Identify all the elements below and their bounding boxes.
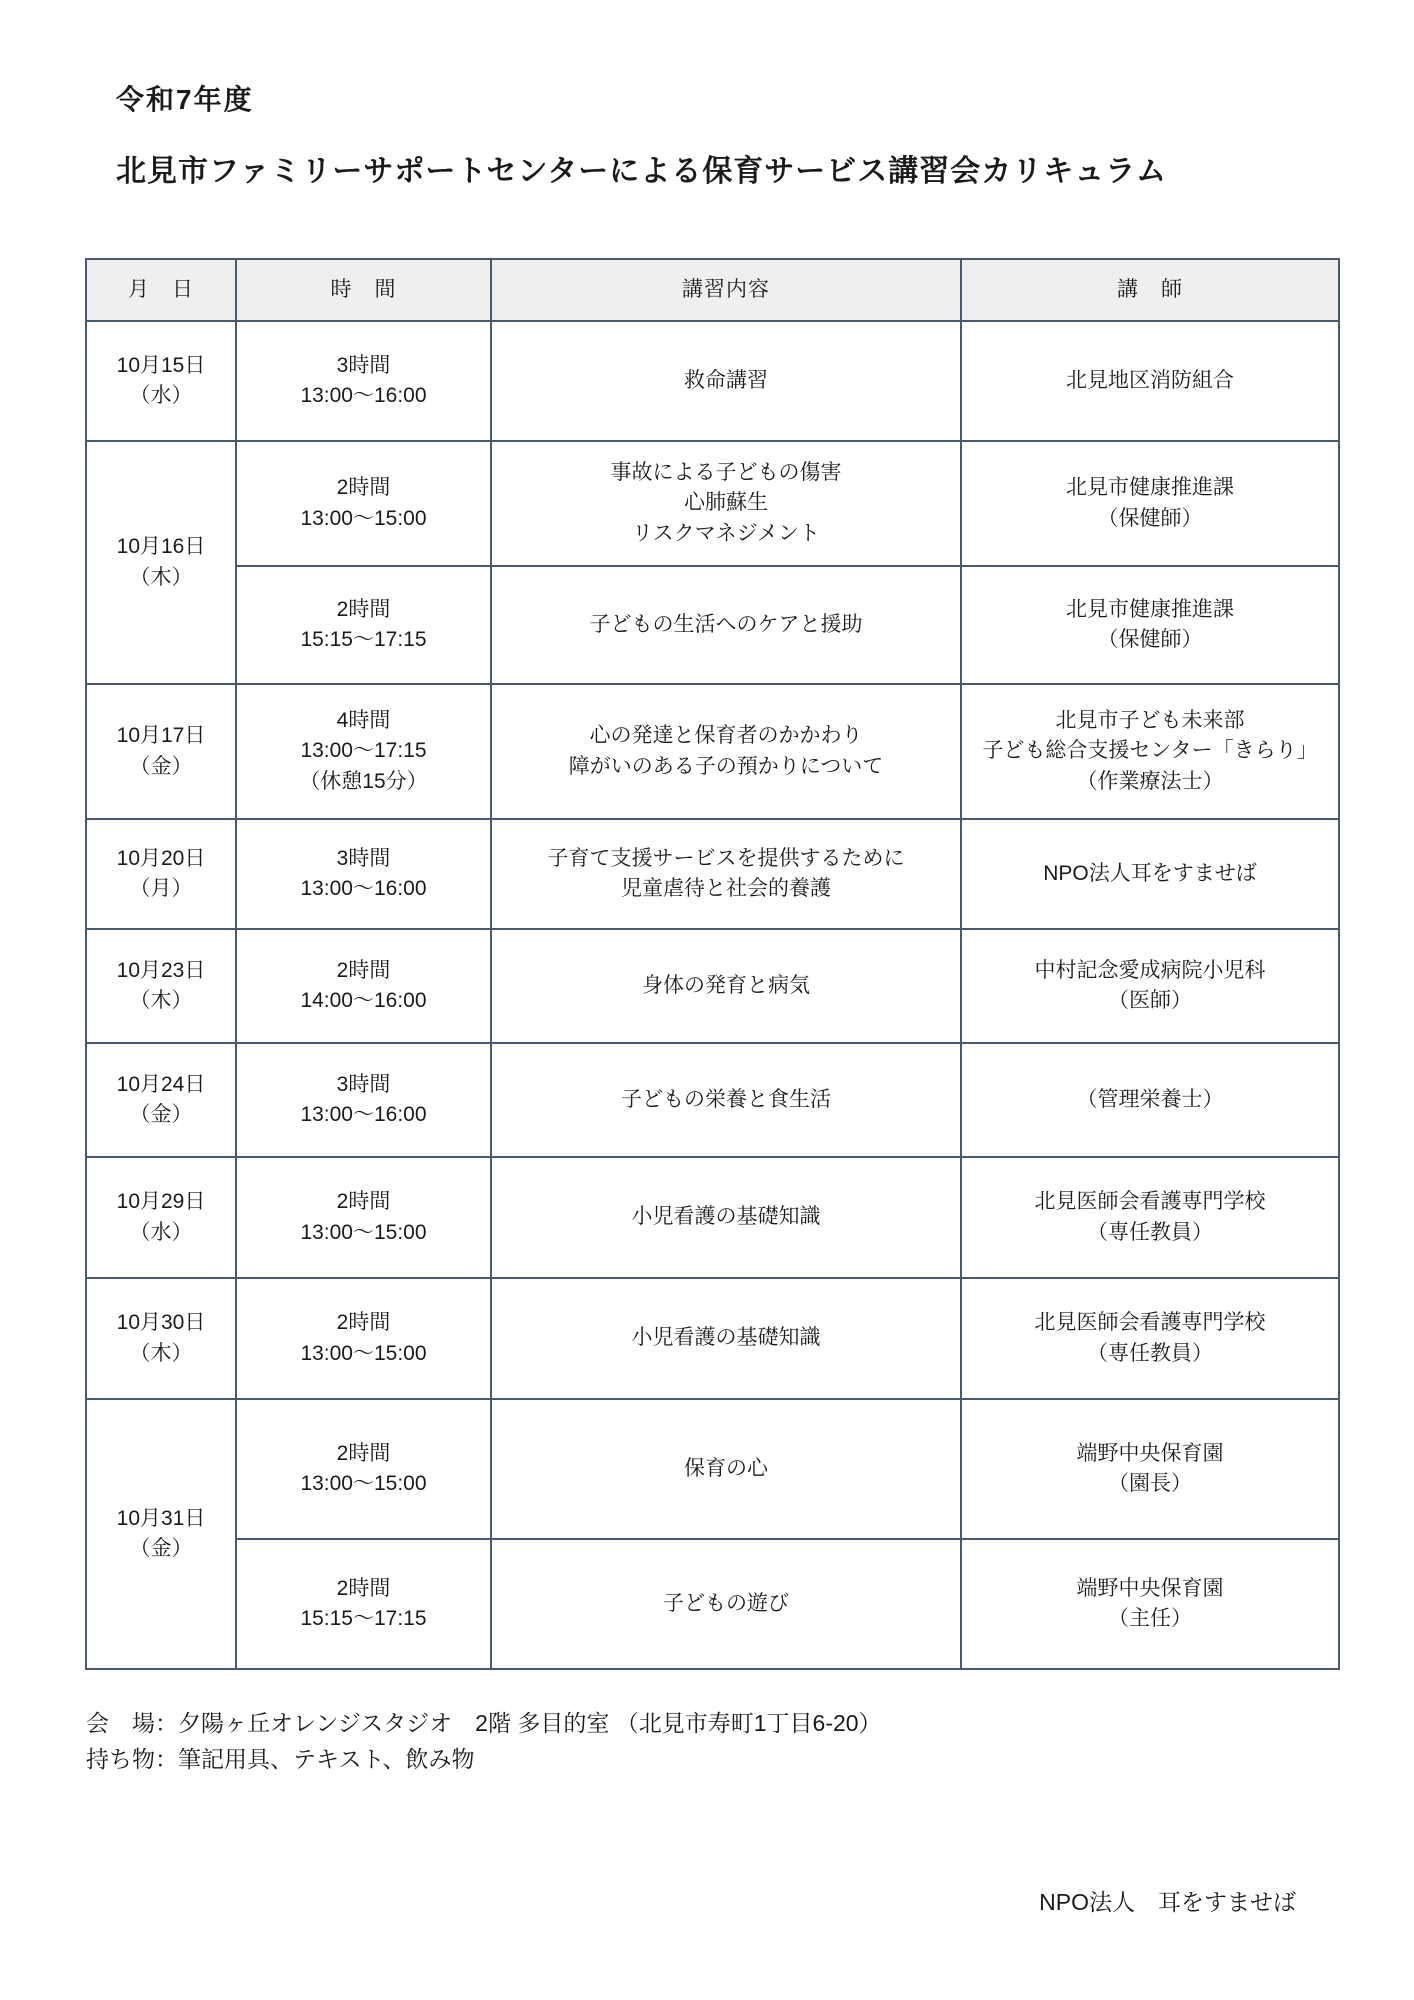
instructor-cell: 北見市子ども未来部 子ども総合支援センター「きらり」 （作業療法士）	[961, 684, 1339, 819]
instructor-cell: 北見市健康推進課 （保健師）	[961, 566, 1339, 684]
table-header-row: 月 日 時 間 講習内容 講 師	[86, 259, 1339, 321]
table-row: 10月24日 （金） 3時間 13:00～16:00 子どもの栄養と食生活 （管…	[86, 1043, 1339, 1157]
date-cell: 10月15日 （水）	[86, 321, 236, 441]
content-cell: 子どもの栄養と食生活	[491, 1043, 961, 1157]
date-cell: 10月24日 （金）	[86, 1043, 236, 1157]
fiscal-year-heading: 令和7年度	[116, 78, 254, 118]
time-cell: 2時間 13:00～15:00	[236, 1399, 491, 1539]
content-cell: 心の発達と保育者のかかわり 障がいのある子の預かりについて	[491, 684, 961, 819]
time-cell: 2時間 14:00～16:00	[236, 929, 491, 1043]
date-cell: 10月20日 （月）	[86, 819, 236, 929]
content-cell: 子育て支援サービスを提供するために 児童虐待と社会的養護	[491, 819, 961, 929]
table-row: 10月23日 （木） 2時間 14:00～16:00 身体の発育と病気 中村記念…	[86, 929, 1339, 1043]
time-cell: 2時間 15:15～17:15	[236, 1539, 491, 1669]
instructor-cell: 中村記念愛成病院小児科 （医師）	[961, 929, 1339, 1043]
organization-credit: NPO法人 耳をすませば	[1039, 1884, 1296, 1917]
date-cell: 10月16日 （木）	[86, 441, 236, 684]
date-cell: 10月31日 （金）	[86, 1399, 236, 1669]
time-cell: 2時間 13:00～15:00	[236, 441, 491, 566]
instructor-cell: 端野中央保育園 （園長）	[961, 1399, 1339, 1539]
header-time: 時 間	[236, 259, 491, 321]
date-cell: 10月17日 （金）	[86, 684, 236, 819]
instructor-cell: NPO法人耳をすませば	[961, 819, 1339, 929]
date-cell: 10月23日 （木）	[86, 929, 236, 1043]
date-cell: 10月29日 （水）	[86, 1157, 236, 1278]
content-cell: 保育の心	[491, 1399, 961, 1539]
content-cell: 子どもの生活へのケアと援助	[491, 566, 961, 684]
table-row: 10月30日 （木） 2時間 13:00～15:00 小児看護の基礎知識 北見医…	[86, 1278, 1339, 1399]
content-cell: 事故による子どもの傷害 心肺蘇生 リスクマネジメント	[491, 441, 961, 566]
table-row: 10月15日 （水） 3時間 13:00～16:00 救命講習 北見地区消防組合	[86, 321, 1339, 441]
venue-note: 会 場：夕陽ヶ丘オレンジスタジオ 2階 多目的室 （北見市寿町1丁目6-20）	[86, 1706, 882, 1742]
time-cell: 3時間 13:00～16:00	[236, 1043, 491, 1157]
table-row: 2時間 15:15～17:15 子どもの遊び 端野中央保育園 （主任）	[86, 1539, 1339, 1669]
table-row: 10月20日 （月） 3時間 13:00～16:00 子育て支援サービスを提供す…	[86, 819, 1339, 929]
time-cell: 3時間 13:00～16:00	[236, 321, 491, 441]
header-instructor: 講 師	[961, 259, 1339, 321]
belongings-note: 持ち物：筆記用具、テキスト、飲み物	[86, 1742, 882, 1778]
time-cell: 2時間 15:15～17:15	[236, 566, 491, 684]
date-cell: 10月30日 （木）	[86, 1278, 236, 1399]
content-cell: 救命講習	[491, 321, 961, 441]
header-date: 月 日	[86, 259, 236, 321]
time-cell: 2時間 13:00～15:00	[236, 1278, 491, 1399]
content-cell: 小児看護の基礎知識	[491, 1278, 961, 1399]
table-row: 2時間 15:15～17:15 子どもの生活へのケアと援助 北見市健康推進課 （…	[86, 566, 1339, 684]
instructor-cell: 北見市健康推進課 （保健師）	[961, 441, 1339, 566]
table-row: 10月17日 （金） 4時間 13:00～17:15 （休憩15分） 心の発達と…	[86, 684, 1339, 819]
time-cell: 3時間 13:00～16:00	[236, 819, 491, 929]
content-cell: 身体の発育と病気	[491, 929, 961, 1043]
time-cell: 2時間 13:00～15:00	[236, 1157, 491, 1278]
footer-notes: 会 場：夕陽ヶ丘オレンジスタジオ 2階 多目的室 （北見市寿町1丁目6-20） …	[86, 1706, 882, 1777]
time-cell: 4時間 13:00～17:15 （休憩15分）	[236, 684, 491, 819]
page-title: 北見市ファミリーサポートセンターによる保育サービス講習会カリキュラム	[116, 146, 1167, 190]
instructor-cell: （管理栄養士）	[961, 1043, 1339, 1157]
content-cell: 小児看護の基礎知識	[491, 1157, 961, 1278]
curriculum-table: 月 日 時 間 講習内容 講 師 10月15日 （水） 3時間 13:00～16…	[85, 258, 1340, 1670]
document-page: 令和7年度 北見市ファミリーサポートセンターによる保育サービス講習会カリキュラム…	[0, 0, 1414, 2000]
instructor-cell: 北見医師会看護専門学校 （専任教員）	[961, 1157, 1339, 1278]
table-row: 10月31日 （金） 2時間 13:00～15:00 保育の心 端野中央保育園 …	[86, 1399, 1339, 1539]
instructor-cell: 端野中央保育園 （主任）	[961, 1539, 1339, 1669]
table-row: 10月16日 （木） 2時間 13:00～15:00 事故による子どもの傷害 心…	[86, 441, 1339, 566]
header-content: 講習内容	[491, 259, 961, 321]
instructor-cell: 北見地区消防組合	[961, 321, 1339, 441]
instructor-cell: 北見医師会看護専門学校 （専任教員）	[961, 1278, 1339, 1399]
table-row: 10月29日 （水） 2時間 13:00～15:00 小児看護の基礎知識 北見医…	[86, 1157, 1339, 1278]
content-cell: 子どもの遊び	[491, 1539, 961, 1669]
